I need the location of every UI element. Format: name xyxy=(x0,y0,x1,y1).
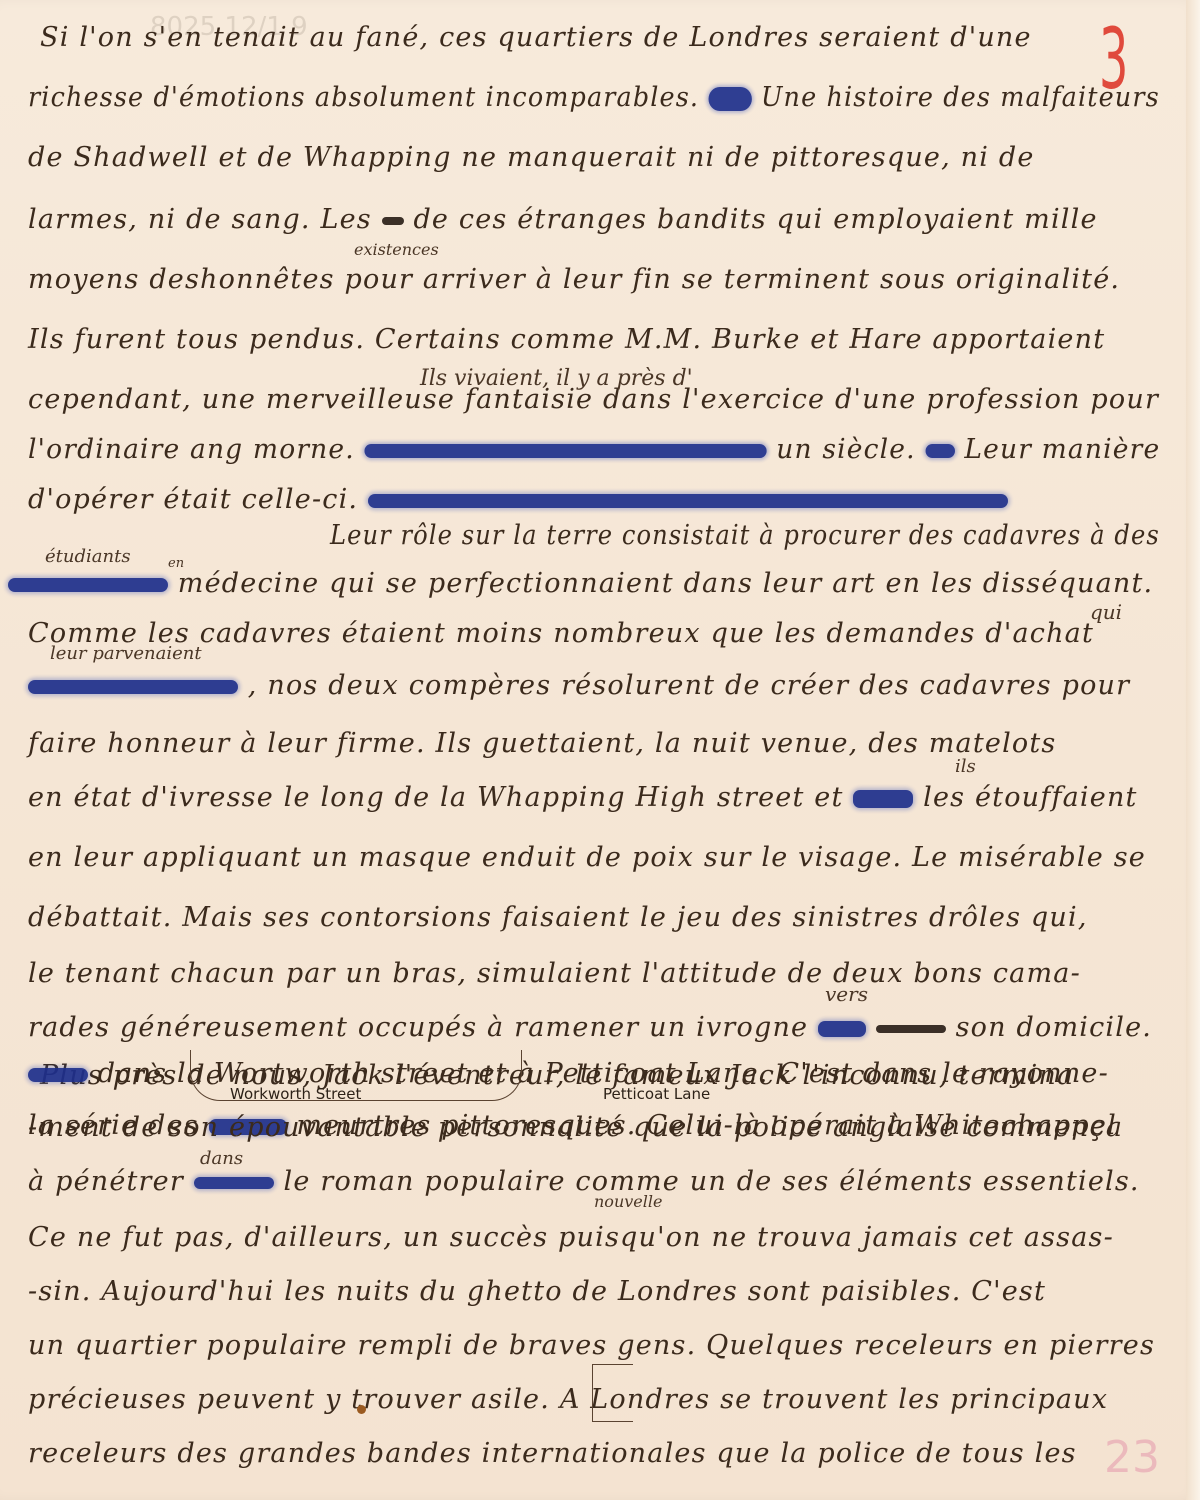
line-text: précieuses peuvent y trouver asile. xyxy=(28,1384,550,1415)
blue-strikethrough xyxy=(194,1177,274,1189)
line-text: l'ordinaire ang morne. xyxy=(28,434,355,465)
manuscript-line-1: Si l'on s'en tenait au fané, ces quartie… xyxy=(40,22,1160,53)
manuscript-line-16: en leur appliquant un masque enduit de p… xyxy=(28,842,1160,873)
manuscript-line-9: d'opérer était celle-ci. xyxy=(28,484,1160,515)
blue-strikethrough xyxy=(818,1021,866,1037)
line-text: d'opérer était celle-ci. xyxy=(28,484,358,515)
blue-strikethrough xyxy=(28,1068,88,1082)
manuscript-line-4: larmes, ni de sang. Les de ces étranges … xyxy=(28,204,1160,235)
line-text: le roman populaire comme un de ses éléme… xyxy=(284,1166,1140,1197)
paragraph-bracket xyxy=(592,1364,633,1422)
manuscript-line-15: en état d'ivresse le long de la Whapping… xyxy=(28,782,1160,813)
line-text: à pénétrer xyxy=(28,1166,184,1197)
insertion-existences: existences xyxy=(354,240,439,259)
blue-strikethrough xyxy=(28,680,238,694)
blue-strikethrough xyxy=(368,494,1008,508)
manuscript-line-6: Ils furent tous pendus. Certains comme M… xyxy=(28,324,1160,355)
manuscript-line-27: un quartier populaire rempli de braves g… xyxy=(28,1330,1160,1361)
strikethrough xyxy=(382,217,404,225)
line-text: Ce ne fut pas, d'ailleurs, un succès pui… xyxy=(28,1222,1114,1253)
line-text: moyens deshonnêtes pour arriver à leur f… xyxy=(28,264,1120,295)
insertion-qui: qui xyxy=(1090,600,1122,624)
manuscript-line-2: richesse d'émotions absolument incompara… xyxy=(28,82,1095,113)
line-text: de ces étranges bandits qui employaient … xyxy=(413,204,1097,235)
line-text: en leur appliquant un masque enduit de p… xyxy=(28,842,1146,873)
manuscript-page: 8025 12/1 9 3 23 Si l'on s'en tenait au … xyxy=(0,0,1200,1500)
line-text: médecine qui se perfectionnaient dans le… xyxy=(178,568,1154,599)
print-insertion-wortworth: Workworth Street xyxy=(230,1085,361,1103)
manuscript-line-23: -ment de son épouvantable personnalité q… xyxy=(28,1112,1160,1143)
blue-strikethrough xyxy=(364,444,766,458)
strikethrough xyxy=(876,1025,946,1033)
insertion-leur-parvenaient: leur parvenaient xyxy=(50,643,202,664)
blue-ink-blot xyxy=(708,87,751,111)
line-text: A Londres se trouvent les principaux xyxy=(560,1384,1108,1415)
manuscript-line-25: Ce ne fut pas, d'ailleurs, un succès pui… xyxy=(28,1222,1160,1253)
manuscript-line-18: le tenant chacun par un bras, simulaient… xyxy=(28,958,1160,989)
insertion-vers: vers xyxy=(825,982,868,1006)
line-text: -ment de son épouvantable personnalité q… xyxy=(28,1112,1123,1143)
line-text: rades généreusement occupés à ramener un… xyxy=(28,1012,808,1043)
manuscript-line-14: faire honneur à leur firme. Ils guettaie… xyxy=(28,728,1160,759)
manuscript-line-8: l'ordinaire ang morne. un siècle. Leur m… xyxy=(28,434,1138,465)
line-text: richesse d'émotions absolument incompara… xyxy=(28,82,699,113)
manuscript-line-5: moyens deshonnêtes pour arriver à leur f… xyxy=(28,264,1160,295)
line-text: en état d'ivresse le long de la Whapping… xyxy=(28,782,844,813)
insertion-ils: ils xyxy=(955,756,976,777)
blue-strikethrough xyxy=(925,444,954,458)
line-text: débattait. Mais ses contorsions faisaien… xyxy=(28,902,1088,933)
line-text: un siècle. xyxy=(776,434,915,465)
line-text: de Shadwell et de Whapping ne manquerait… xyxy=(28,142,1035,173)
line-text: larmes, ni de sang. Les xyxy=(28,204,372,235)
manuscript-line-10: Leur rôle sur la terre consistait à proc… xyxy=(330,520,1073,551)
blue-strikethrough xyxy=(853,790,913,808)
manuscript-line-29: receleurs des grandes bandes internation… xyxy=(28,1438,1160,1469)
line-text: Ils furent tous pendus. Certains comme M… xyxy=(28,324,1105,355)
line-text: un quartier populaire rempli de braves g… xyxy=(28,1330,1155,1361)
line-text: , nos deux compères résolurent de créer … xyxy=(248,670,1130,701)
line-text: receleurs des grandes bandes internation… xyxy=(28,1438,1077,1469)
line-text: Si l'on s'en tenait au fané, ces quartie… xyxy=(40,22,1032,53)
manuscript-line-11: médecine qui se perfectionnaient dans le… xyxy=(8,568,1160,599)
print-insertion-petticoat: Petticoat Lane xyxy=(603,1085,710,1103)
line-text: son domicile. xyxy=(956,1012,1152,1043)
blue-strikethrough xyxy=(8,578,168,592)
line-text: -sin. Aujourd'hui les nuits du ghetto de… xyxy=(28,1276,1046,1307)
paper-edge xyxy=(1186,0,1200,1500)
manuscript-line-19: rades généreusement occupés à ramener un… xyxy=(28,1012,1160,1043)
line-text: faire honneur à leur firme. Ils guettaie… xyxy=(28,728,1056,759)
manuscript-line-26: -sin. Aujourd'hui les nuits du ghetto de… xyxy=(28,1276,1160,1307)
manuscript-line-13: , nos deux compères résolurent de créer … xyxy=(28,670,1160,701)
insertion-etudiants: étudiants xyxy=(45,546,131,567)
insertion-nouvelle: nouvelle xyxy=(594,1192,662,1211)
line-text: Leur manière xyxy=(964,434,1160,465)
manuscript-line-3: de Shadwell et de Whapping ne manquerait… xyxy=(28,142,1160,173)
line-text: Leur rôle sur la terre consistait à proc… xyxy=(330,520,1160,551)
insertion-ils-vivaient: Ils vivaient, il y a près d' xyxy=(420,366,693,391)
manuscript-line-17: débattait. Mais ses contorsions faisaien… xyxy=(28,902,1160,933)
line-text: Une histoire des malfaiteurs xyxy=(761,82,1160,113)
line-text: les étouffaient xyxy=(923,782,1137,813)
ink-spot xyxy=(357,1405,366,1414)
line-text: le tenant chacun par un bras, simulaient… xyxy=(28,958,1081,989)
